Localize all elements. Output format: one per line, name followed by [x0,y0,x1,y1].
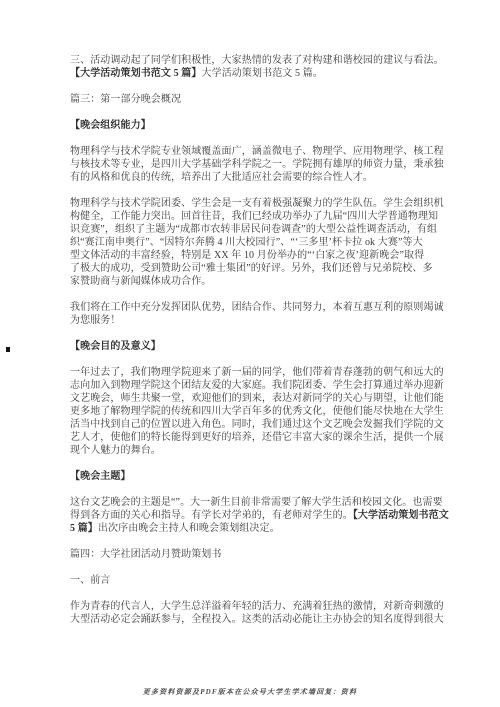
text-line: 篇三：第一部分晚会概况 [70,93,442,106]
text-line: 活当中找到自己的位置以进入角色。同时，我们通过这个文艺晚会发掘我们学院的文 [70,418,442,431]
text-line: 了极大的成功，受到赞助公司“雅士集团”的好评。另外，我们还曾与兄弟院校、多 [70,262,442,275]
text-line: 现个人魅力的舞台。 [70,444,442,457]
text-line: 有的风格和优良的传统，培养出了大批适应社会需要的综合性人才。 [70,171,442,184]
text-line: 艺人才，使他们的特长能得到更好的培养，还借它丰富大家的课余生活，提供一个展 [70,431,442,444]
text-line: 文艺晚会，师生共聚一堂，欢迎他们的到来，表达对新同学的关心与期望，让他们能 [70,392,442,405]
text-line: 5 篇】出次序由晚会主持人和晚会策划组决定。 [70,522,442,535]
paragraph-gala-purpose: 一年过去了，我们物理学院迎来了新一届的同学，他们带着青春蓬勃的朝气和远大的志向加… [70,366,442,457]
text-line: 织“赛江南申奥行”、“因特尔奔腾 4 川大校园行”、“‘三多里’杯卡拉 ok 大… [70,236,442,249]
paragraph-student-union: 物理科学与技术学院团委、学生会是一支有着极强凝聚力的学生队伍。学生会组织机构健全… [70,197,442,288]
text-line: 【大学活动策划书范文 5 篇】大学活动策划书范文 5 篇。 [70,67,442,80]
conclusion-item-3: 三、活动调动起了同学们积极性，大家热情的发表了对构建和谐校园的建议与看法。【大学… [70,54,442,80]
text-line: 【晚会组织能力】 [70,119,442,132]
text-line: 三、活动调动起了同学们积极性，大家热情的发表了对构建和谐校园的建议与看法。 [70,54,442,67]
text-line: 物理科学与技术学院专业领域覆盖面广，涵盖微电子、物理学、应用物理学、核工程 [70,145,442,158]
text-line: 这台文艺晚会的主题是“”。大一新生目前非常需要了解大学生活和校园文化。也需要 [70,496,442,509]
text-line: 我们将在工作中充分发挥团队优势，团结合作、共同努力，本着互惠互利的原则竭诚 [70,301,442,314]
text-line: 与核技术等专业，是四川大学基础学科学院之一。学院拥有雄厚的师资力量，秉承独 [70,158,442,171]
text-line: 一年过去了，我们物理学院迎来了新一届的同学，他们带着青春蓬勃的朝气和远大的 [70,366,442,379]
margin-bullet-mark [6,347,10,352]
text-line: 篇四：大学社团活动月赞助策划书 [70,548,442,561]
text-line: 更多地了解物理学院的传统和四川大学百年多的优秀文化，使他们能尽快地在大学生 [70,405,442,418]
text-line: 物理科学与技术学院团委、学生会是一支有着极强凝聚力的学生队伍。学生会组织机 [70,197,442,210]
text-line: 识竞赛”，组织了主题为“成都市农转非居民问卷调查”的大型公益性调查活动，有组 [70,223,442,236]
section-title-part4: 篇四：大学社团活动月赞助策划书 [70,548,442,561]
footer-watermark: 更多资料资源及PDF版本在公众号大学生学术墙回复：资料 [0,687,500,697]
text-line: 家赞助商与新闻媒体成功合作。 [70,275,442,288]
heading-foreword: 一、前言 [70,574,442,587]
section-title-part3: 篇三：第一部分晚会概况 [70,93,442,106]
text-line: 作为青春的代言人，大学生总洋溢着年轻的活力、充满着狂热的激情，对新奇刺激的 [70,600,442,613]
document-body: 三、活动调动起了同学们积极性，大家热情的发表了对构建和谐校园的建议与看法。【大学… [70,54,442,626]
text-line: 得到各方面的关心和指导。有学长对学弟的，有老师对学生的。【大学活动策划书范文 [70,509,442,522]
text-line: 型文体活动的丰富经验，特别是 XX 年 10 月份举办的“‘白家之夜’迎新晚会”… [70,249,442,262]
paragraph-college-intro: 物理科学与技术学院专业领域覆盖面广，涵盖微电子、物理学、应用物理学、核工程与核技… [70,145,442,184]
text-line: 志向加入到物理学院这个团结友爱的大家庭。我们院团委、学生会打算通过举办迎新 [70,379,442,392]
heading-gala-purpose: 【晚会目的及意义】 [70,340,442,353]
heading-gala-theme: 【晚会主题】 [70,470,442,483]
text-line: 【晚会目的及意义】 [70,340,442,353]
paragraph-foreword: 作为青春的代言人，大学生总洋溢着年轻的活力、充满着狂热的激情，对新奇刺激的大型活… [70,600,442,626]
text-line: 一、前言 [70,574,442,587]
heading-gala-organization: 【晚会组织能力】 [70,119,442,132]
document-page: 三、活动调动起了同学们积极性，大家热情的发表了对构建和谐校园的建议与看法。【大学… [70,54,442,639]
text-line: 为您服务！ [70,314,442,327]
text-line: 【晚会主题】 [70,470,442,483]
paragraph-service-pledge: 我们将在工作中充分发挥团队优势，团结合作、共同努力，本着互惠互利的原则竭诚为您服… [70,301,442,327]
text-line: 构健全，工作能力突出。回首往昔，我们已经成功举办了九届“四川大学普通物理知 [70,210,442,223]
text-line: 大型活动必定会踊跃参与，全程投入。这类的活动必能让主办协会的知名度得到很大 [70,613,442,626]
paragraph-gala-theme: 这台文艺晚会的主题是“”。大一新生目前非常需要了解大学生活和校园文化。也需要得到… [70,496,442,535]
